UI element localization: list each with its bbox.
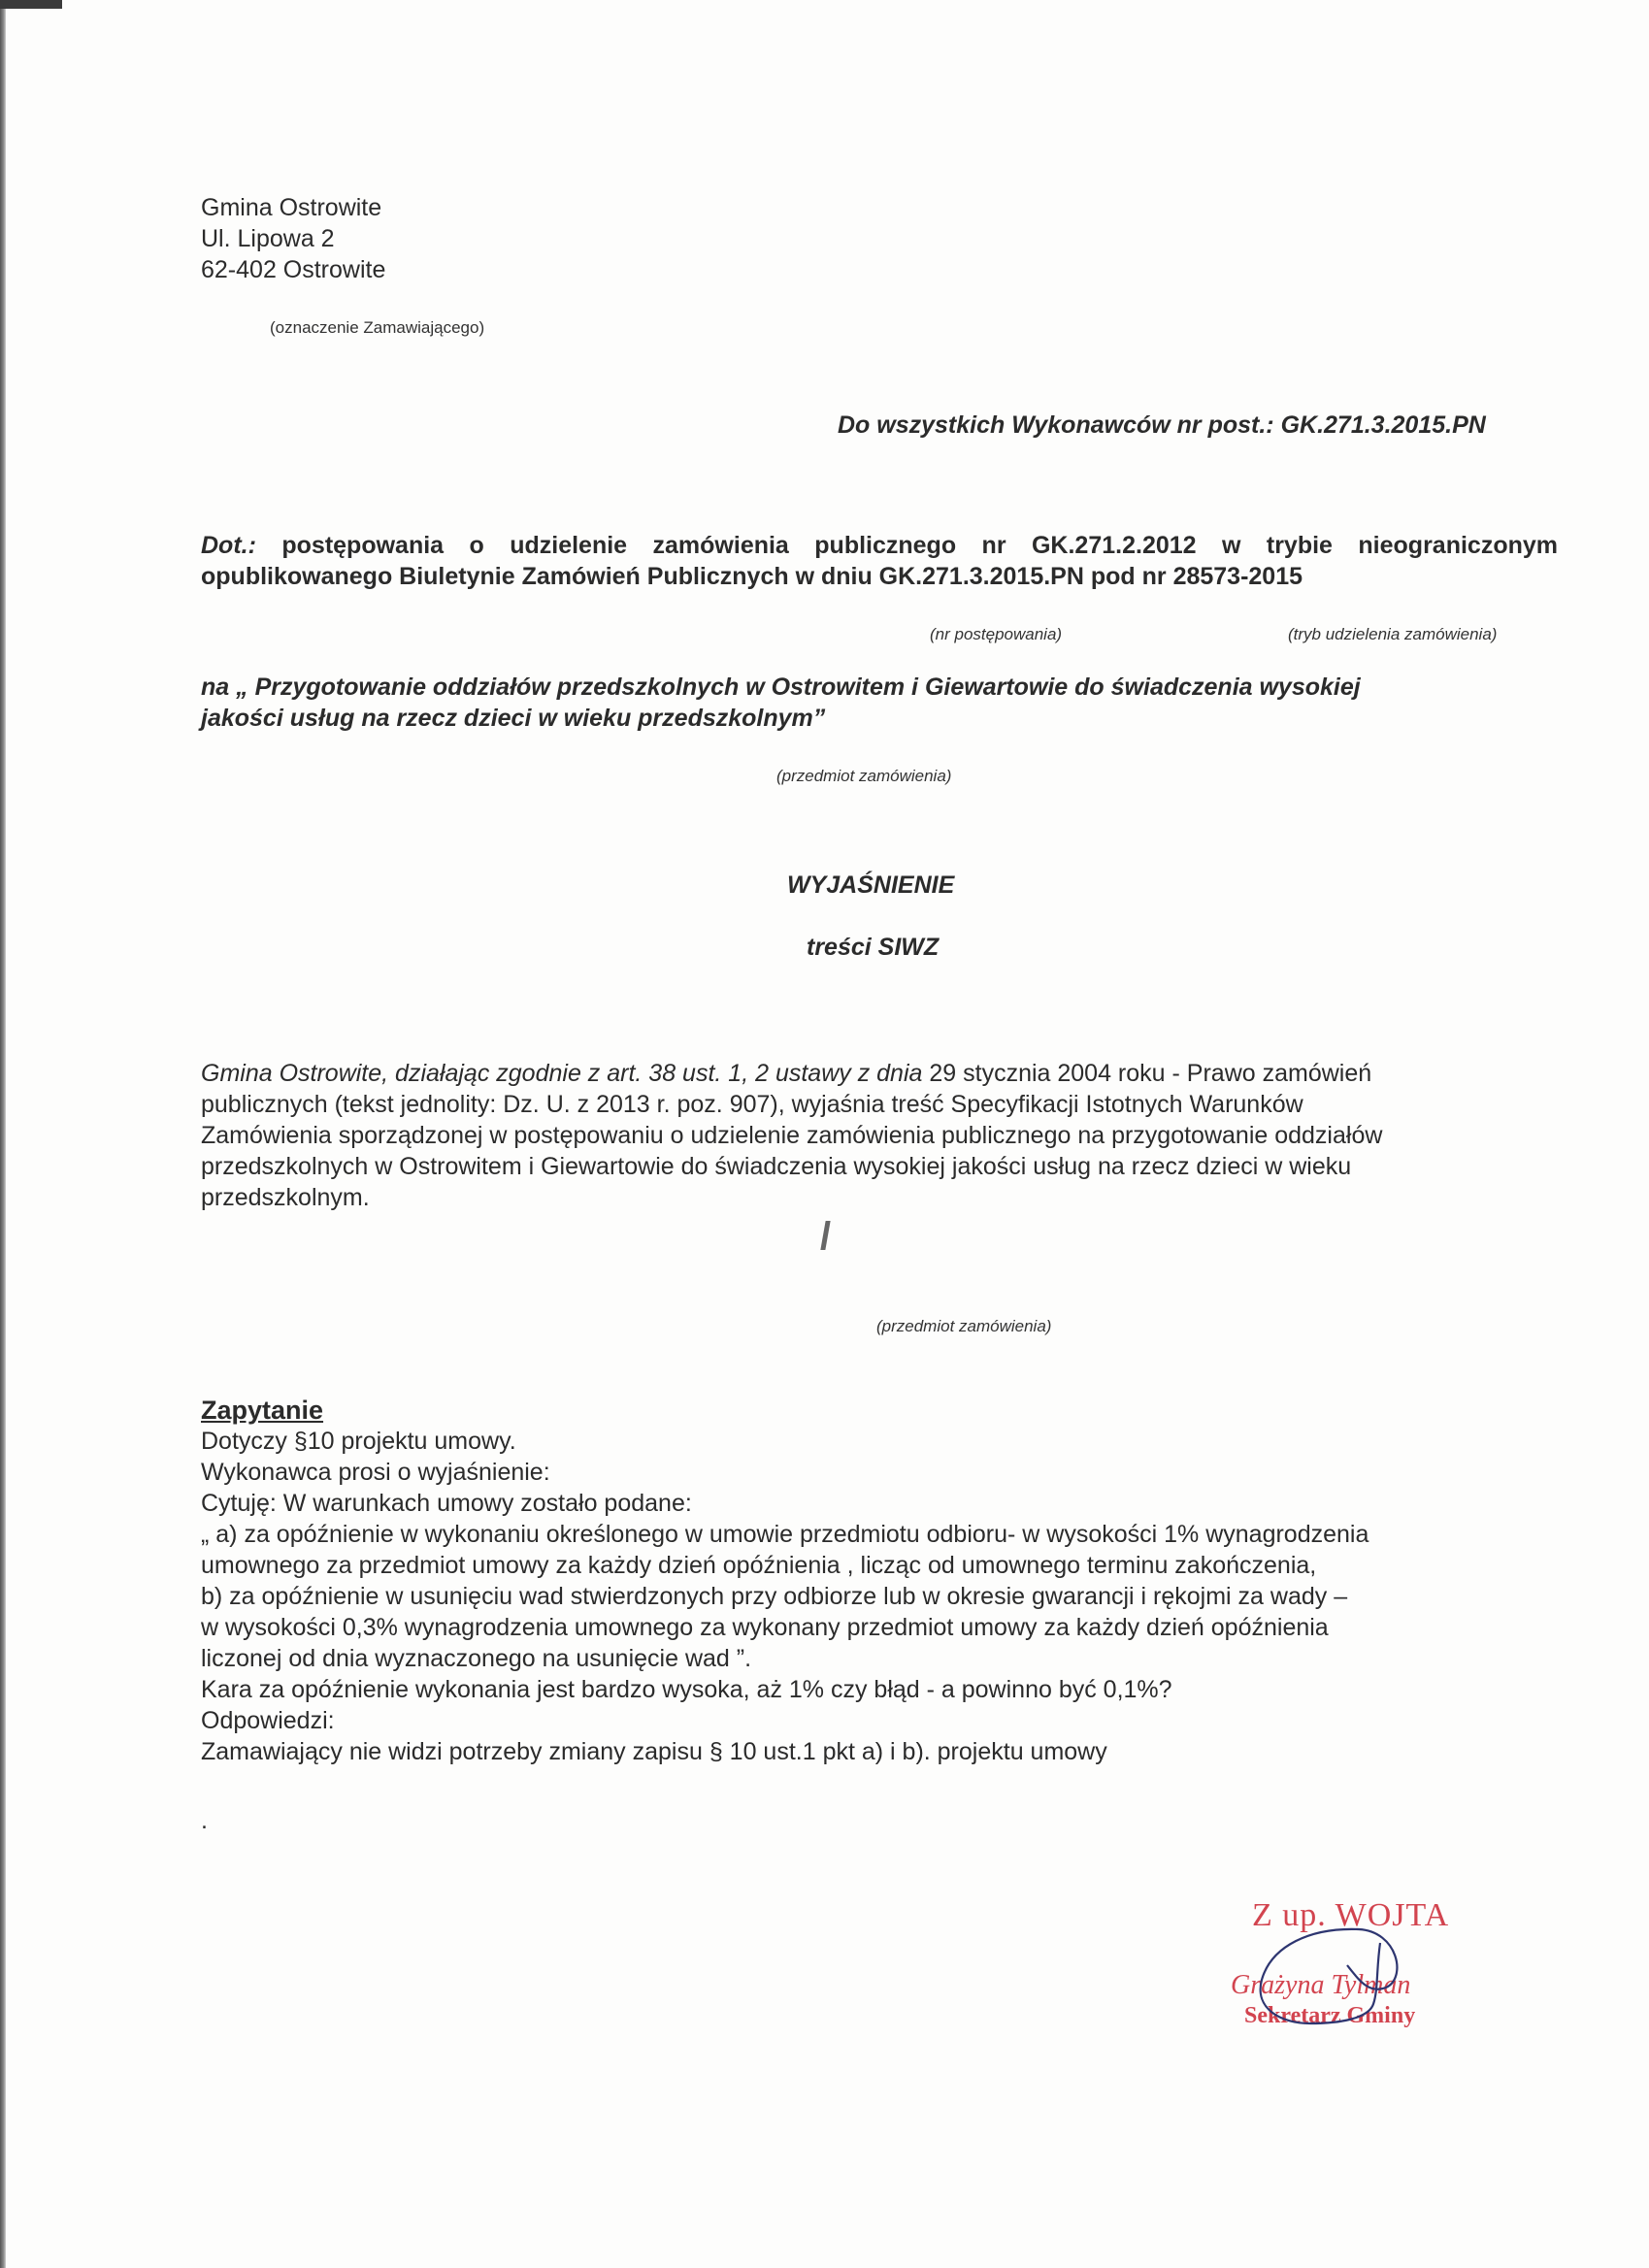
query-line: umownego za przedmiot umowy za każdy dzi… — [201, 1552, 1316, 1580]
sender-city: 62-402 Ostrowite — [201, 254, 385, 285]
intro-line-1-rest: 29 stycznia 2004 roku - Prawo zamówień — [922, 1060, 1371, 1087]
scan-edge — [0, 0, 6, 2268]
query-line: Wykonawca prosi o wyjaśnienie: — [201, 1459, 550, 1487]
intro-line-5: przedszkolnym. — [201, 1184, 370, 1212]
query-line: liczonej od dnia wyznaczonego na usunięc… — [201, 1645, 751, 1673]
query-line: „ a) za opóźnienie w wykonaniu określone… — [201, 1521, 1369, 1549]
query-line: Dotyczy §10 projektu umowy. — [201, 1428, 516, 1456]
query-line: Cytuję: W warunkach umowy zostało podane… — [201, 1490, 692, 1518]
subject-label: Dot.: — [201, 532, 256, 559]
subject-line-2: opublikowanego Biuletynie Zamówień Publi… — [201, 563, 1303, 591]
answer-label: Odpowiedzi: — [201, 1707, 335, 1735]
answer-text: Zamawiający nie widzi potrzeby zmiany za… — [201, 1738, 1107, 1766]
intro-line-1: Gmina Ostrowite, działając zgodnie z art… — [201, 1060, 1371, 1088]
intro-caption-subject: (przedmiot zamówienia) — [876, 1317, 1051, 1336]
query-line: w wysokości 0,3% wynagrodzenia umownego … — [201, 1614, 1329, 1642]
doc-subtitle: treści SIWZ — [807, 934, 939, 962]
signature-icon — [1242, 1902, 1436, 2048]
scan-edge-top — [0, 0, 62, 9]
query-line: b) za opóźnienie w usunięciu wad stwierd… — [201, 1583, 1347, 1611]
query-line: Kara za opóźnienie wykonania jest bardzo… — [201, 1676, 1172, 1704]
intro-line-2: publicznych (tekst jednolity: Dz. U. z 2… — [201, 1091, 1303, 1119]
intro-line-3: Zamówienia sporządzonej w postępowaniu o… — [201, 1122, 1382, 1150]
caption-mode: (tryb udzielenia zamówienia) — [1288, 625, 1497, 644]
addressee: Do wszystkich Wykonawców nr post.: GK.27… — [838, 411, 1486, 440]
intro-line-4: przedszkolnych w Ostrowitem i Giewartowi… — [201, 1153, 1351, 1181]
subject-text-1: postępowania o udzielenie zamówienia pub… — [281, 532, 1558, 559]
query-heading: Zapytanie — [201, 1396, 323, 1426]
sender-street: Ul. Lipowa 2 — [201, 223, 335, 254]
intro-line-1-italic: Gmina Ostrowite, działając zgodnie z art… — [201, 1060, 922, 1087]
stray-dot: . — [201, 1807, 208, 1835]
subject-title-2: jakości usług na rzecz dzieci w wieku pr… — [201, 705, 825, 733]
caption-subject: (przedmiot zamówienia) — [776, 767, 951, 786]
subject-line-1: Dot.: postępowania o udzielenie zamówien… — [201, 532, 1558, 560]
doc-title: WYJAŚNIENIE — [787, 871, 954, 900]
subject-title-1: na „ Przygotowanie oddziałów przedszkoln… — [201, 674, 1361, 702]
stray-mark — [820, 1221, 830, 1250]
caption-proc-no: (nr postępowania) — [930, 625, 1062, 644]
sender-caption: (oznaczenie Zamawiającego) — [270, 318, 484, 338]
sender-name: Gmina Ostrowite — [201, 192, 381, 223]
